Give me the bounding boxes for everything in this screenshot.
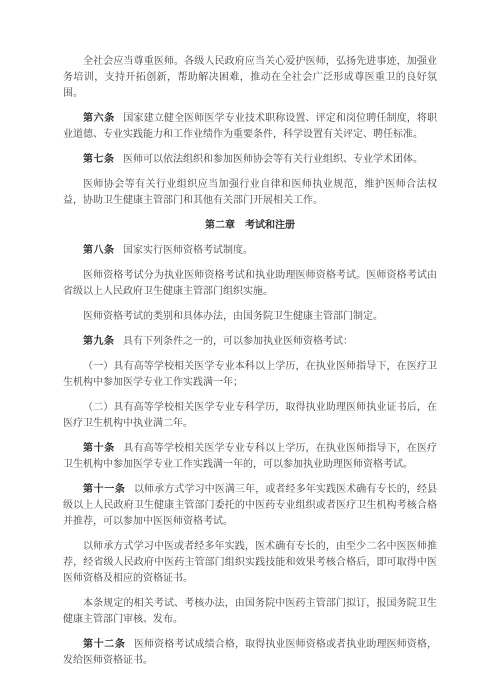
paragraph-text: 医师协会等有关行业组织应当加强行业自律和医师执业规范，维护医师合法权益，协助卫生…	[63, 179, 437, 206]
paragraph: 第十一条以师承方式学习中医满三年，或者经多年实践医术确有专长的，经县级以上人民政…	[63, 482, 437, 530]
paragraph: 医师资格考试分为执业医师资格考试和执业助理医师资格考试。医师资格考试由省级以上人…	[63, 268, 437, 300]
paragraph-text: 具有下列条件之一的，可以参加执业医师资格考试：	[123, 336, 353, 347]
paragraph-text: 国家实行医师资格考试制度。	[123, 245, 253, 256]
paragraph-text: （二）具有高等学校相关医学专业专科学历，取得执业助理医师执业证书后，在医疗卫生机…	[63, 402, 437, 429]
paragraph: 第九条具有下列条件之一的，可以参加执业医师资格考试：	[63, 334, 437, 350]
paragraph: 本条规定的相关考试、考核办法，由国务院中医药主管部门拟订，报国务院卫生健康主管部…	[63, 596, 437, 628]
paragraph-text: 国家建立健全医师医学专业技术职称设置、评定和岗位聘任制度，将职业道德、专业实践能…	[63, 113, 437, 140]
paragraph: （二）具有高等学校相关医学专业专科学历，取得执业助理医师执业证书后，在医疗卫生机…	[63, 400, 437, 432]
paragraph-text: （一）具有高等学校相关医学专业本科以上学历，在执业医师指导下，在医疗卫生机构中参…	[63, 361, 437, 388]
document-body: 全社会应当尊重医师。各级人民政府应当关心爱护医师，弘扬先进事迹，加强业务培训，支…	[63, 54, 437, 678]
paragraph: （一）具有高等学校相关医学专业本科以上学历，在执业医师指导下，在医疗卫生机构中参…	[63, 359, 437, 391]
paragraph: 第十二条医师资格考试成绩合格，取得执业医师资格或者执业助理医师资格，发给医师资格…	[63, 637, 437, 669]
paragraph: 医师协会等有关行业组织应当加强行业自律和医师执业规范，维护医师合法权益，协助卫生…	[63, 177, 437, 209]
paragraph: 医师资格考试的类别和具体办法，由国务院卫生健康主管部门制定。	[63, 309, 437, 325]
paragraph: 第七条医师可以依法组织和参加医师协会等有关行业组织、专业学术团体。	[63, 152, 437, 168]
paragraph-text: 医师可以依法组织和参加医师协会等有关行业组织、专业学术团体。	[123, 154, 423, 165]
paragraph-text: 本条规定的相关考试、考核办法，由国务院中医药主管部门拟订，报国务院卫生健康主管部…	[63, 598, 437, 625]
paragraph: 第八条国家实行医师资格考试制度。	[63, 243, 437, 259]
article-number: 第十条	[83, 443, 115, 454]
paragraph: 以师承方式学习中医或者经多年实践，医术确有专长的，由至少二名中医医师推荐，经省级…	[63, 539, 437, 587]
paragraph-text: 全社会应当尊重医师。各级人民政府应当关心爱护医师，弘扬先进事迹，加强业务培训，支…	[63, 56, 437, 99]
document-page: 全社会应当尊重医师。各级人民政府应当关心爱护医师，弘扬先进事迹，加强业务培训，支…	[0, 0, 494, 700]
chapter-heading: 第二章 考试和注册	[63, 218, 437, 234]
chapter-heading-text: 第二章 考试和注册	[205, 220, 295, 231]
paragraph: 第六条国家建立健全医师医学专业技术职称设置、评定和岗位聘任制度，将职业道德、专业…	[63, 111, 437, 143]
article-number: 第十一条	[83, 484, 125, 495]
paragraph-text: 医师资格考试分为执业医师资格考试和执业助理医师资格考试。医师资格考试由省级以上人…	[63, 270, 437, 297]
article-number: 第十二条	[83, 639, 125, 650]
paragraph: 第十条具有高等学校相关医学专业专科以上学历，在执业医师指导下，在医疗卫生机构中参…	[63, 441, 437, 473]
paragraph: 全社会应当尊重医师。各级人民政府应当关心爱护医师，弘扬先进事迹，加强业务培训，支…	[63, 54, 437, 102]
article-number: 第八条	[83, 245, 115, 256]
article-number: 第七条	[83, 154, 115, 165]
article-number: 第六条	[83, 113, 115, 124]
paragraph-text: 医师资格考试的类别和具体办法，由国务院卫生健康主管部门制定。	[83, 311, 383, 322]
article-number: 第九条	[83, 336, 115, 347]
paragraph-text: 以师承方式学习中医或者经多年实践，医术确有专长的，由至少二名中医医师推荐，经省级…	[63, 541, 437, 584]
paragraph-text: 具有高等学校相关医学专业专科以上学历，在执业医师指导下，在医疗卫生机构中参加医学…	[63, 443, 437, 470]
